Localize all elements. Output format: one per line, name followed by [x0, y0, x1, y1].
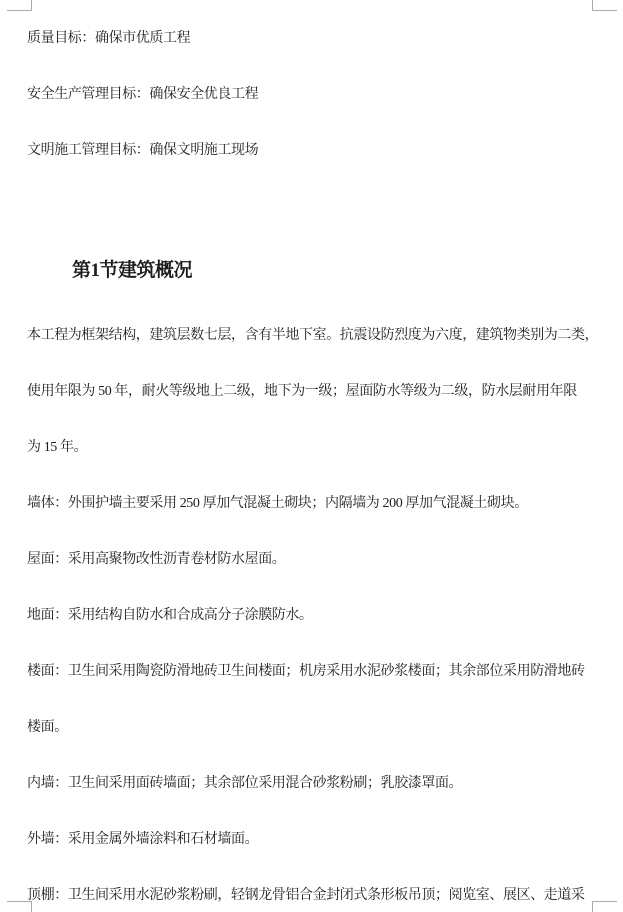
text-line: 内墙：卫生间采用面砖墙面；其余部位采用混合砂浆粉刷；乳胶漆罩面。 [27, 776, 462, 792]
section-heading: 第1节建筑概况 [72, 260, 192, 282]
text-line: 顶棚：卫生间采用水泥砂浆粉刷，轻钢龙骨铝合金封闭式条形板吊顶；阅览室、展区、走道… [27, 888, 585, 904]
margin-crop-mark-bottom-right [592, 901, 617, 912]
text-line: 为 15 年。 [27, 440, 87, 456]
text-line: 楼面：卫生间采用陶瓷防滑地砖卫生间楼面；机房采用水泥砂浆楼面；其余部位采用防滑地… [27, 664, 585, 680]
text-line: 使用年限为 50 年，耐火等级地上二级，地下为一级；屋面防水等级为二级，防水层耐… [27, 384, 577, 400]
text-line: 外墙：采用金属外墙涂料和石材墙面。 [27, 832, 258, 848]
margin-crop-mark-top-right [592, 0, 617, 11]
text-line: 安全生产管理目标：确保安全优良工程 [27, 87, 258, 103]
text-line: 文明施工管理目标：确保文明施工现场 [27, 143, 258, 159]
text-line: 质量目标：确保市优质工程 [27, 31, 190, 47]
text-line: 地面：采用结构自防水和合成高分子涂膜防水。 [27, 608, 313, 624]
text-line: 楼面。 [27, 720, 68, 736]
text-line: 本工程为框架结构，建筑层数七层，含有半地下室。抗震设防烈度为六度，建筑物类别为二… [27, 328, 598, 344]
margin-crop-mark-top-left [7, 0, 32, 11]
text-line: 屋面：采用高聚物改性沥青卷材防水屋面。 [27, 552, 285, 568]
document-page: 质量目标：确保市优质工程安全生产管理目标：确保安全优良工程文明施工管理目标：确保… [0, 0, 623, 912]
text-line: 墙体：外围护墙主要采用 250 厚加气混凝土砌块；内隔墙为 200 厚加气混凝土… [27, 496, 528, 512]
